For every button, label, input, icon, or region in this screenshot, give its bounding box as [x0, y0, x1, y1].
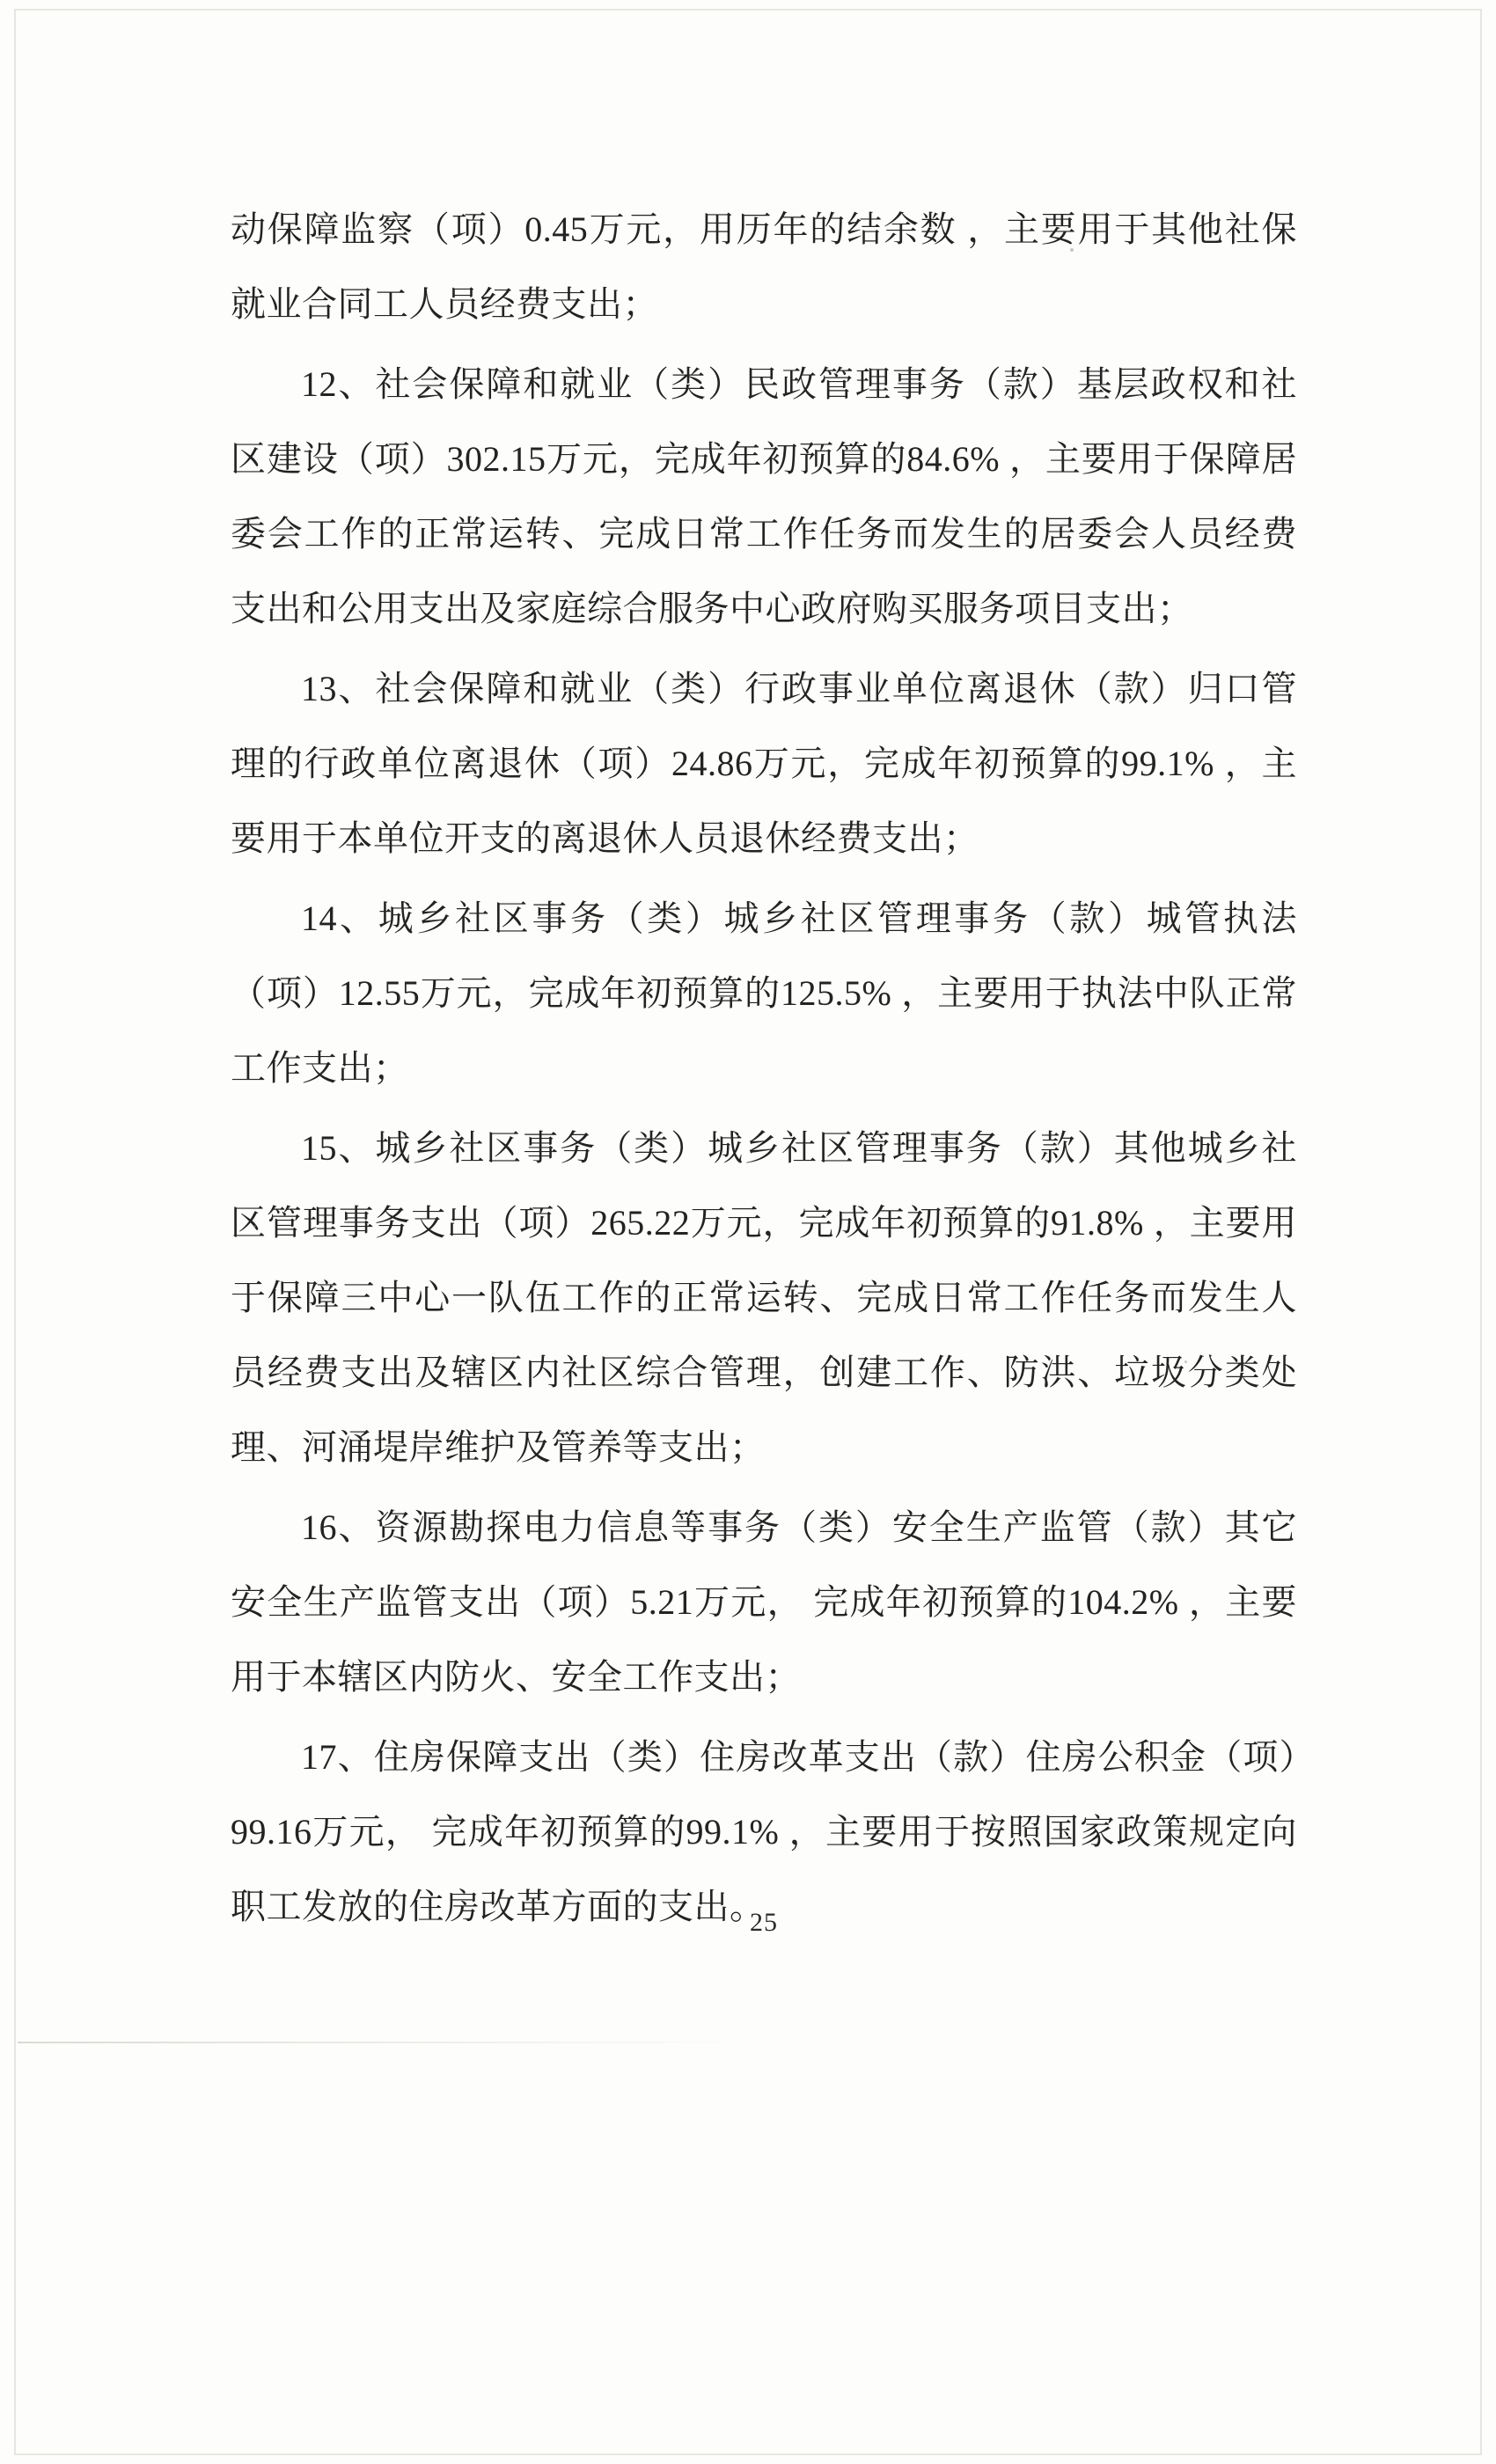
paragraph-continuation: 动保障监察（项）0.45万元，用历年的结余数 ，主要用于其他社保就业合同工人员经… — [231, 192, 1297, 341]
scan-speck — [253, 1225, 256, 1228]
scan-speck — [1184, 1360, 1187, 1363]
scan-speck — [1070, 248, 1074, 252]
document-body: 动保障监察（项）0.45万元，用历年的结余数 ，主要用于其他社保就业合同工人员经… — [231, 192, 1297, 1949]
paragraph-item-14: 14、城乡社区事务（类）城乡社区管理事务（款）城管执法（项）12.55万元，完成… — [231, 881, 1297, 1105]
paragraph-item-13: 13、社会保障和就业（类）行政事业单位离退休（款）归口管理的行政单位离退休（项）… — [231, 651, 1297, 876]
page-number: 25 — [231, 1908, 1297, 1938]
paragraph-item-12: 12、社会保障和就业（类）民政管理事务（款）基层政权和社区建设（项）302.15… — [231, 347, 1297, 646]
paragraph-item-15: 15、城乡社区事务（类）城乡社区管理事务（款）其他城乡社区管理事务支出（项）26… — [231, 1111, 1297, 1485]
scanned-document-page: 动保障监察（项）0.45万元，用历年的结余数 ，主要用于其他社保就业合同工人员经… — [0, 0, 1496, 2464]
paragraph-item-16: 16、资源勘探电力信息等事务（类）安全生产监管（款）其它安全生产监管支出（项）5… — [231, 1490, 1297, 1714]
page-bottom-edge — [18, 2042, 757, 2043]
